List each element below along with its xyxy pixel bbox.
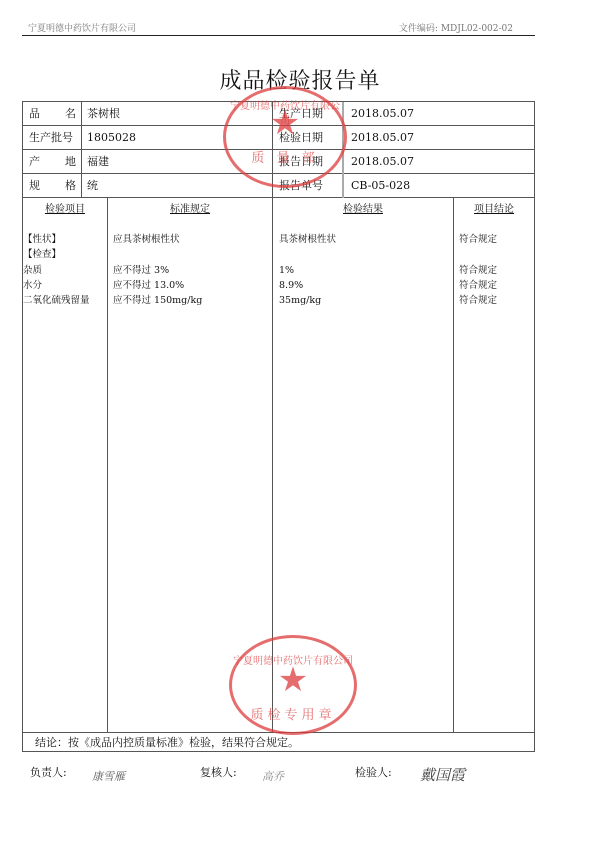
divider: [272, 102, 273, 198]
result-conclusion: 符合规定: [459, 278, 497, 293]
col-header-result: 检验结果: [273, 200, 453, 215]
prod-date-value: 2018.05.07: [351, 102, 414, 125]
company-name: 宁夏明德中药饮片有限公司: [28, 21, 136, 34]
divider: [453, 198, 454, 732]
responsible-signature: 康雪雁: [92, 768, 125, 784]
stamp-arc-text: 宁夏明德中药饮片有限公司: [232, 652, 354, 667]
info-row: 品名 茶树根 生产日期 2018.05.07: [23, 102, 534, 126]
inspect-date-label: 检验日期: [279, 126, 323, 149]
product-name-label: 品名: [23, 102, 82, 125]
conclusion-text: 结论：按《成品内控质量标准》检验，结果符合规定。: [23, 732, 534, 752]
result-item: 二氧化硫残留量: [23, 293, 90, 308]
result-standard: 应不得过 150mg/kg: [113, 293, 202, 308]
col-header-conclusion: 项目结论: [454, 200, 534, 215]
col-header-item: 检验项目: [23, 200, 107, 215]
reviewer-signature: 高乔: [262, 768, 284, 784]
prod-date-label: 生产日期: [279, 102, 323, 125]
origin-value: 福建: [87, 150, 109, 173]
star-icon: ★: [278, 660, 308, 700]
qc-seal-stamp: 宁夏明德中药饮片有限公司 ★ 质检专用章: [229, 635, 357, 735]
inspect-date-value: 2018.05.07: [351, 126, 414, 149]
document-code: 文件编码: MDJL02-002-02: [399, 21, 513, 34]
result-conclusion: 符合规定: [459, 263, 497, 278]
origin-label: 产地: [23, 150, 82, 173]
product-name-value: 茶树根: [87, 102, 120, 125]
info-row: 规格 统 报告单号 CB-05-028: [23, 174, 534, 198]
inspector-signature: 戴国霞: [420, 764, 465, 785]
result-item: 杂质: [23, 263, 42, 278]
batch-value: 1805028: [87, 126, 136, 149]
spec-label: 规格: [23, 174, 82, 197]
info-row: 生产批号 1805028 检验日期 2018.05.07: [23, 126, 534, 150]
inspector-label: 检验人:: [355, 764, 392, 780]
divider: [107, 198, 108, 732]
result-item: 水分: [23, 278, 42, 293]
result-item: 【检查】: [23, 247, 61, 262]
result-result: 1%: [279, 263, 294, 278]
responsible-label: 负责人:: [30, 764, 67, 780]
result-standard: 应不得过 3%: [113, 263, 169, 278]
report-date-label: 报告日期: [279, 150, 323, 173]
reviewer-label: 复核人:: [200, 764, 237, 780]
col-header-standard: 标准规定: [108, 200, 272, 215]
stamp-bottom-text: 质检专用章: [232, 704, 354, 723]
result-result: 具茶树根性状: [279, 232, 336, 247]
result-conclusion: 符合规定: [459, 232, 497, 247]
result-item: 【性状】: [23, 232, 61, 247]
report-no-label: 报告单号: [279, 174, 323, 197]
report-date-value: 2018.05.07: [351, 150, 414, 173]
divider: [272, 198, 273, 732]
divider: [342, 102, 344, 198]
result-conclusion: 符合规定: [459, 293, 497, 308]
info-row: 产地 福建 报告日期 2018.05.07: [23, 150, 534, 174]
result-standard: 应不得过 13.0%: [113, 278, 184, 293]
result-result: 35mg/kg: [279, 293, 321, 308]
batch-label: 生产批号: [29, 126, 73, 149]
page-title: 成品检验报告单: [0, 64, 600, 95]
page-header: 宁夏明德中药饮片有限公司 文件编码: MDJL02-002-02: [22, 21, 535, 36]
result-result: 8.9%: [279, 278, 303, 293]
inspection-report-table: 品名 茶树根 生产日期 2018.05.07 生产批号 1805028 检验日期…: [22, 101, 535, 752]
report-no-value: CB-05-028: [351, 174, 410, 197]
spec-value: 统: [87, 174, 98, 197]
divider: [81, 102, 82, 198]
result-standard: 应具茶树根性状: [113, 232, 180, 247]
